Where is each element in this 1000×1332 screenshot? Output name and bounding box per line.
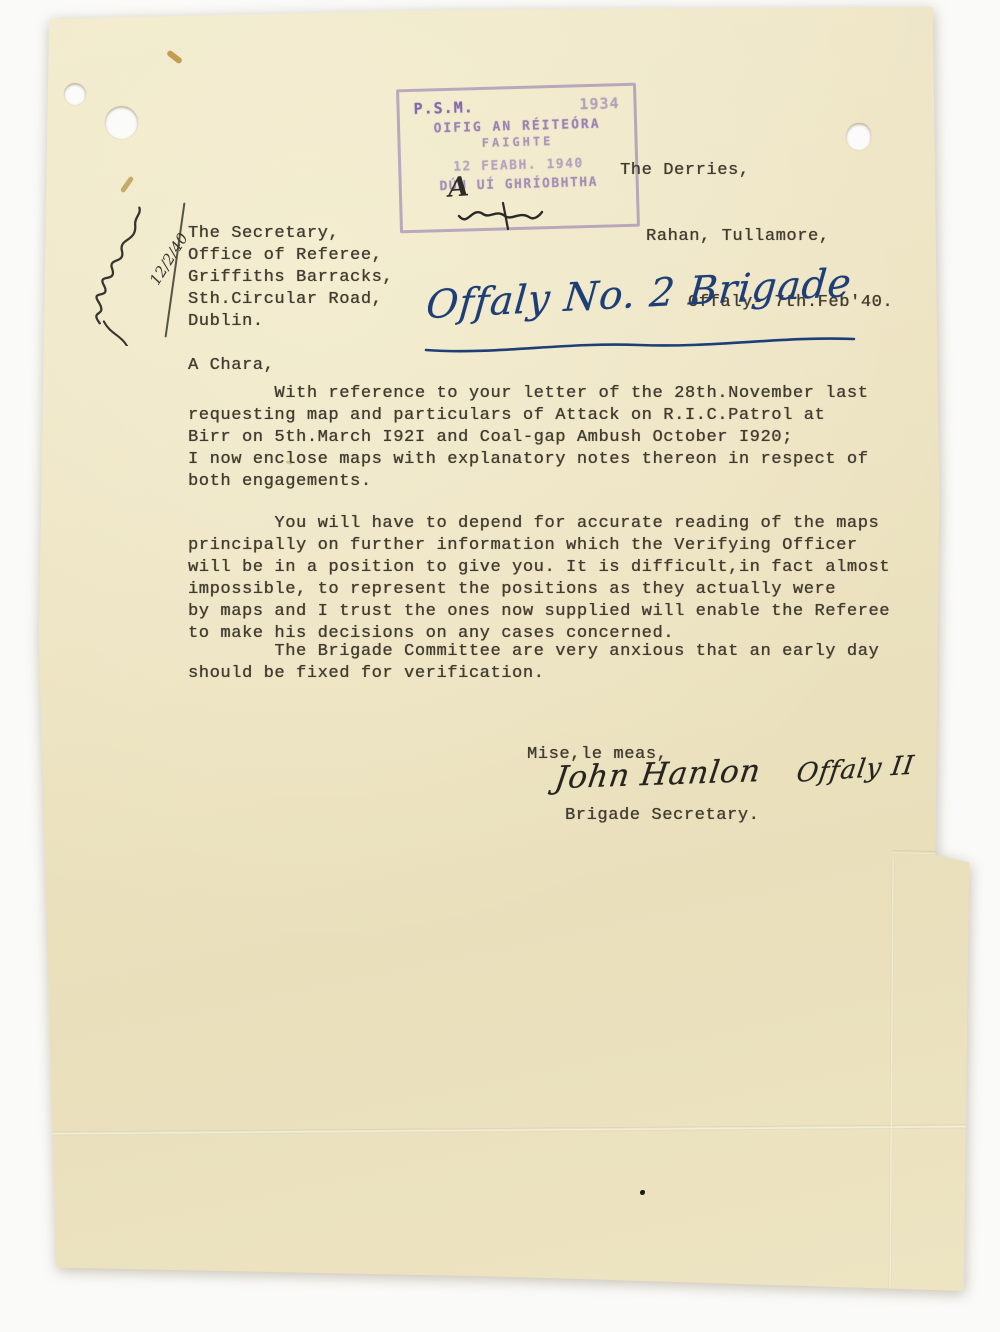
stamp-act-row: P.S.M. 1934: [399, 86, 634, 119]
scanned-letter: P.S.M. 1934 OIFIG AN RÉITEÓRA FAIGHTE 12…: [0, 0, 1000, 1332]
rust-stain: [120, 176, 134, 194]
punch-hole: [64, 83, 86, 105]
fold-crease-vertical: [888, 858, 894, 1298]
fold-crease-horizontal: [40, 1124, 968, 1135]
recipient-address: The Secretary, Office of Referee, Griffi…: [188, 223, 393, 333]
stamp-year: 1934: [579, 94, 620, 113]
signature-name-handwritten: John Hanlon: [553, 753, 764, 796]
stamp-act-ref: P.S.M.: [413, 98, 474, 118]
signature-suffix-handwritten: Offaly II: [794, 751, 916, 789]
sender-line: The Derries,: [620, 160, 893, 182]
handwritten-squiggle: [456, 200, 544, 234]
body-paragraph: With reference to your letter of the 28t…: [188, 383, 869, 493]
letter-paper: P.S.M. 1934 OIFIG AN RÉITEÓRA FAIGHTE 12…: [36, 6, 974, 1300]
stamp-location-line: DÚN UÍ GHRÍOBHTHA: [402, 174, 636, 196]
punch-hole: [105, 106, 138, 139]
fold-crease-step: [892, 850, 974, 855]
body-paragraph: You will have to depend for accurate rea…: [188, 513, 890, 645]
salutation: A Chara,: [188, 355, 274, 377]
signer-title: Brigade Secretary.: [565, 805, 759, 827]
brigade-heading-underline: [424, 326, 856, 356]
sender-address: The Derries, Rahan, Tullamore, Offaly- 7…: [620, 116, 893, 358]
rust-stain: [166, 49, 183, 64]
body-paragraph: The Brigade Committee are very anxious t…: [188, 641, 879, 685]
stamp-date-line: 12 FEABH. 1940: [401, 155, 635, 177]
handwritten-mark-a: A: [447, 171, 470, 203]
sender-line: Rahan, Tullamore,: [646, 226, 893, 248]
ink-speck: [640, 1190, 645, 1195]
